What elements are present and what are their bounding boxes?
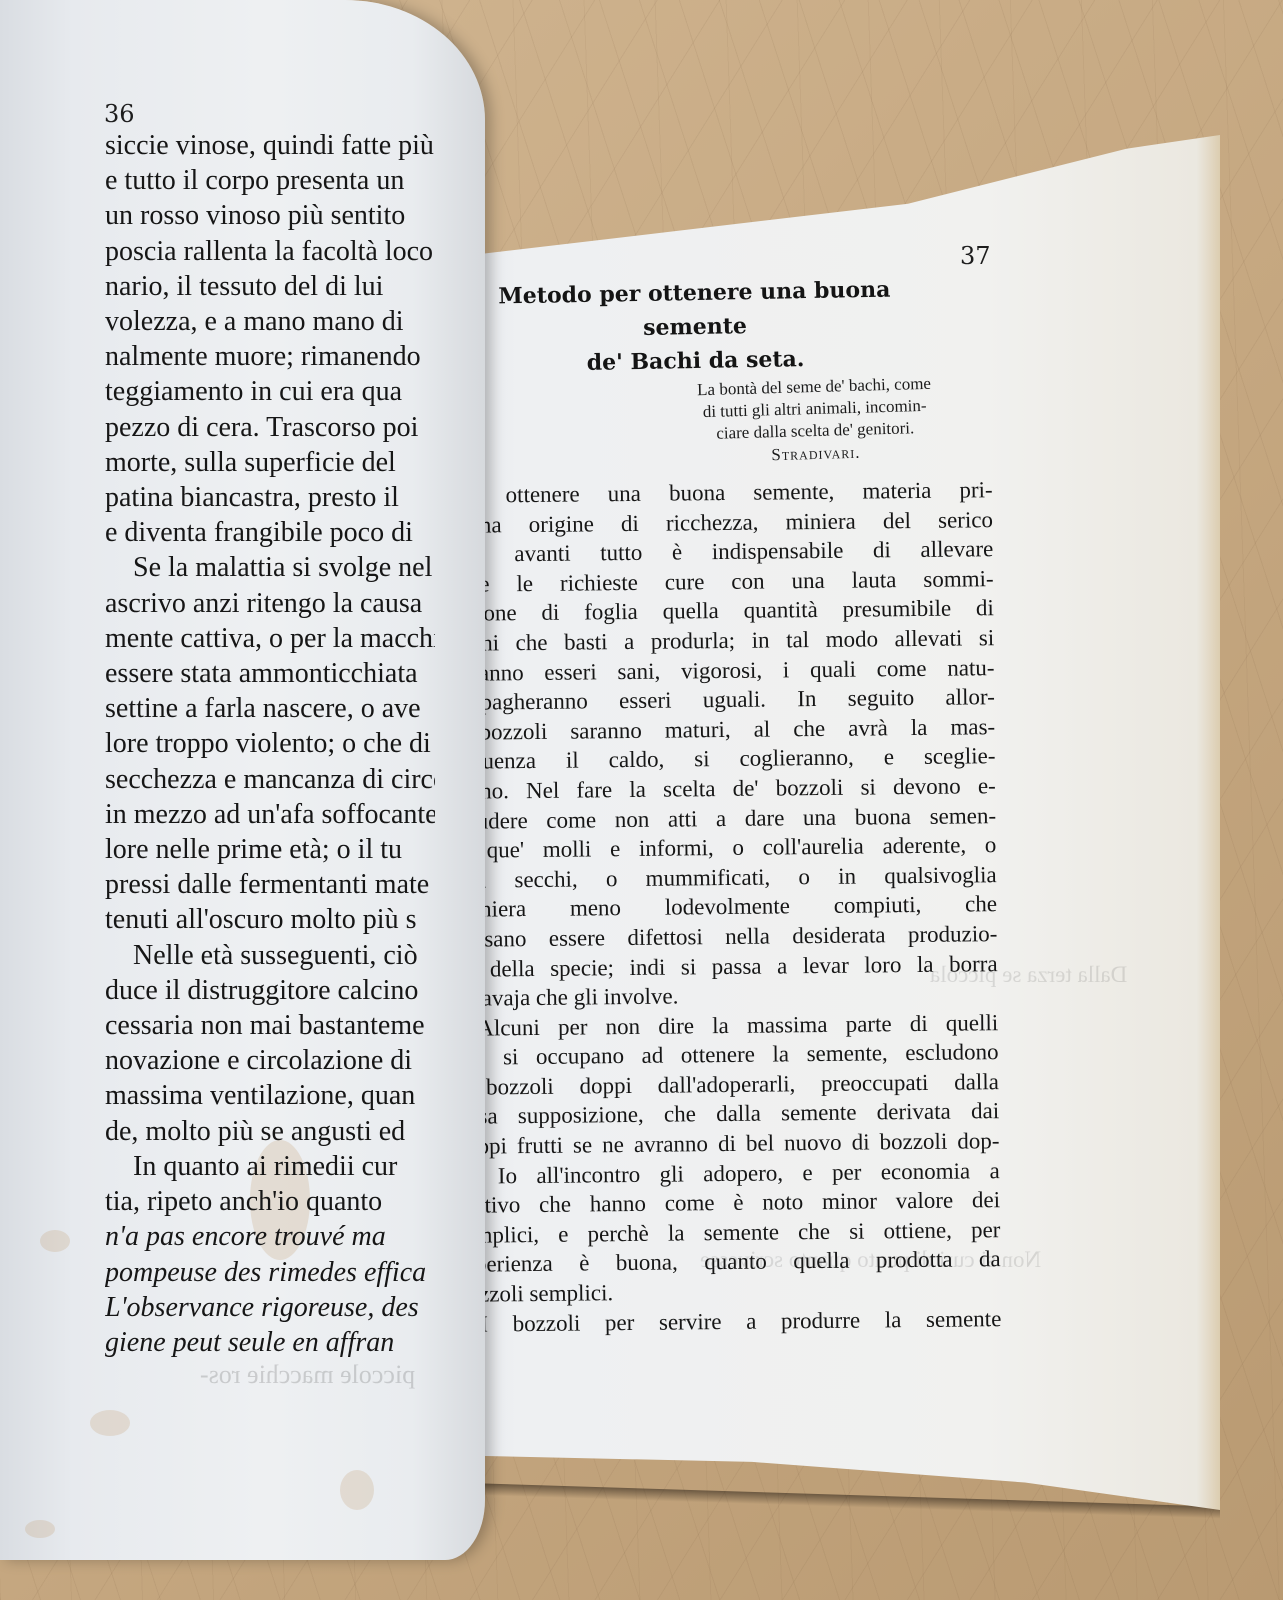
text-line: teggiamento in cui era qua [105, 374, 435, 409]
text-line: Se la malattia si svolge nel [105, 550, 435, 585]
epigraph: La bontà del seme de' bachi, come di tut… [639, 371, 991, 470]
text-line: e tutto il corpo presenta un [105, 163, 435, 198]
text-line: pressi dalle fermentanti mate [105, 867, 435, 902]
right-page-body: er ottenere una buona semente, materia p… [448, 475, 1002, 1339]
text-line: I bozzoli per servire a produrre la seme… [456, 1304, 1001, 1339]
text-line: de, molto più se angusti ed [105, 1114, 435, 1149]
text-line: pompeuse des rimedes effica [105, 1255, 435, 1290]
text-line: poscia rallenta la facoltà loco [105, 234, 435, 269]
text-line: nalmente muore; rimanendo [105, 339, 435, 374]
text-line: ne della specie; indi si passa a levar l… [452, 949, 997, 984]
text-line: settine a farla nascere, o ave [105, 691, 435, 726]
text-line: ascrivo anzi ritengo la causa [105, 586, 435, 621]
text-line: massima ventilazione, quan [105, 1078, 435, 1113]
text-line: esperienza è buona, quanto quella prodot… [456, 1245, 1001, 1280]
text-line: nario, il tessuto del di lui [105, 269, 435, 304]
chapter-title: Metodo per ottenere una buona semente de… [459, 272, 931, 382]
text-line: e diventa frangibile poco di [105, 515, 435, 550]
text-line: giene peut seule en affran [105, 1325, 435, 1360]
text-line: secchezza e mancanza di circo [105, 762, 435, 797]
text-line: cessaria non mai bastanteme [105, 1008, 435, 1043]
text-line: in mezzo ad un'afa soffocante [105, 797, 435, 832]
text-line: un rosso vinoso più sentito [105, 198, 435, 233]
chapter-title-line-1: Metodo per ottenere una buona semente [459, 272, 930, 348]
text-line: tenuti all'oscuro molto più s [105, 902, 435, 937]
text-line: mente cattiva, o per la macchi [105, 621, 435, 656]
text-line: patina biancastra, presto il [105, 480, 435, 515]
foxing-stain [40, 1230, 70, 1252]
text-line: lore troppo violento; o che di [105, 726, 435, 761]
text-line: Nelle età susseguenti, ciò [105, 938, 435, 973]
text-line: n'a pas encore trouvé ma [105, 1219, 435, 1254]
foxing-stain [90, 1410, 130, 1436]
text-line: lore nelle prime età; o il tu [105, 832, 435, 867]
text-line: In quanto ai rimedii cur [105, 1149, 435, 1184]
text-line: essere stata ammonticchiata [105, 656, 435, 691]
show-through-text: piccole macchie ros- [200, 1360, 415, 1390]
text-line: siccie vinose, quindi fatte più [105, 128, 435, 163]
text-line: pezzo di cera. Trascorso poi [105, 410, 435, 445]
page-number-right: 37 [960, 242, 991, 270]
page-number-left: 36 [104, 100, 135, 128]
text-line: volezza, e a mano mano di [105, 304, 435, 339]
left-page-body: siccie vinose, quindi fatte più e tutto … [105, 128, 435, 1360]
foxing-stain [340, 1470, 374, 1510]
foxing-stain [25, 1520, 55, 1538]
text-line: L'observance rigoreuse, des [105, 1290, 435, 1325]
text-line: duce il distruggitore calcino [105, 973, 435, 1008]
text-line: novazione e circolazione di [105, 1043, 435, 1078]
text-line: tia, ripeto anch'io quanto [105, 1184, 435, 1219]
text-line: morte, sulla superficie del [105, 445, 435, 480]
